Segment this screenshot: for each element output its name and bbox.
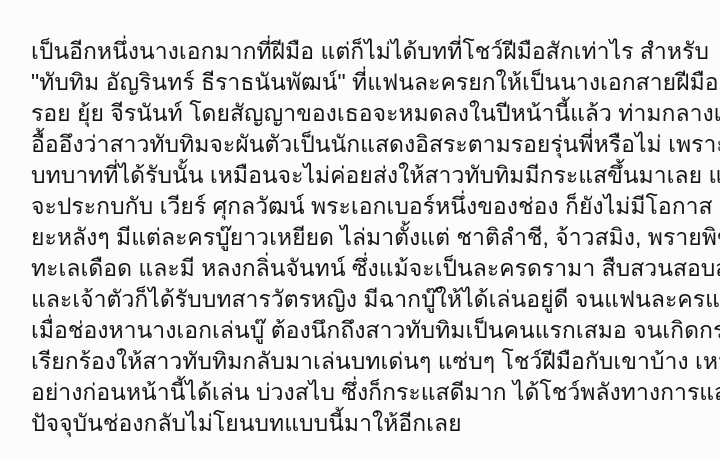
text-line: บทบาทที่ได้รับนั้น เหมือนจะไม่ค่อยส่งให้… [31,160,694,191]
text-line: อื้ออึงว่าสาวทับทิมจะผันตัวเป็นนักแสดงอิ… [31,129,694,160]
text-line: เป็นอีกหนึ่งนางเอกมากที่ฝีมือ แต่ก็ไม่ได… [31,36,694,67]
document-page: เป็นอีกหนึ่งนางเอกมากที่ฝีมือ แต่ก็ไม่ได… [0,0,720,461]
text-line: ทะเลเดือด และมี หลงกลิ่นจันทน์ ซึ่งแม้จะ… [31,253,694,284]
text-line: จะประกบกับ เวียร์ ศุกลวัฒน์ พระเอกเบอร์ห… [31,191,694,222]
text-line: เมื่อช่องหานางเอกเล่นบู๊ ต้องนึกถึงสาวทั… [31,315,694,346]
text-line: อย่างก่อนหน้านี้ได้เล่น บ่วงสไบ ซึ่งก็กร… [31,377,694,408]
text-line: ยะหลังๆ มีแต่ละครบู๊ยาวเหยียด ไล่มาตั้งแ… [31,222,694,253]
text-line: เรียกร้องให้สาวทับทิมกลับมาเล่นบทเด่นๆ แ… [31,346,694,377]
text-line: รอย ยุ้ย จีรนันท์ โดยสัญญาของเธอจะหมดลงใ… [31,98,694,129]
text-line: "ทับทิม อัญรินทร์ ธีราธนันพัฒน์" ที่แฟนล… [31,67,694,98]
text-line: และเจ้าตัวก็ได้รับบทสารวัตรหญิง มีฉากบู๊… [31,284,694,315]
article-paragraph: เป็นอีกหนึ่งนางเอกมากที่ฝีมือ แต่ก็ไม่ได… [31,36,694,439]
text-line: ปัจจุบันช่องกลับไม่โยนบทแบบนี้มาให้อีกเล… [31,408,694,439]
